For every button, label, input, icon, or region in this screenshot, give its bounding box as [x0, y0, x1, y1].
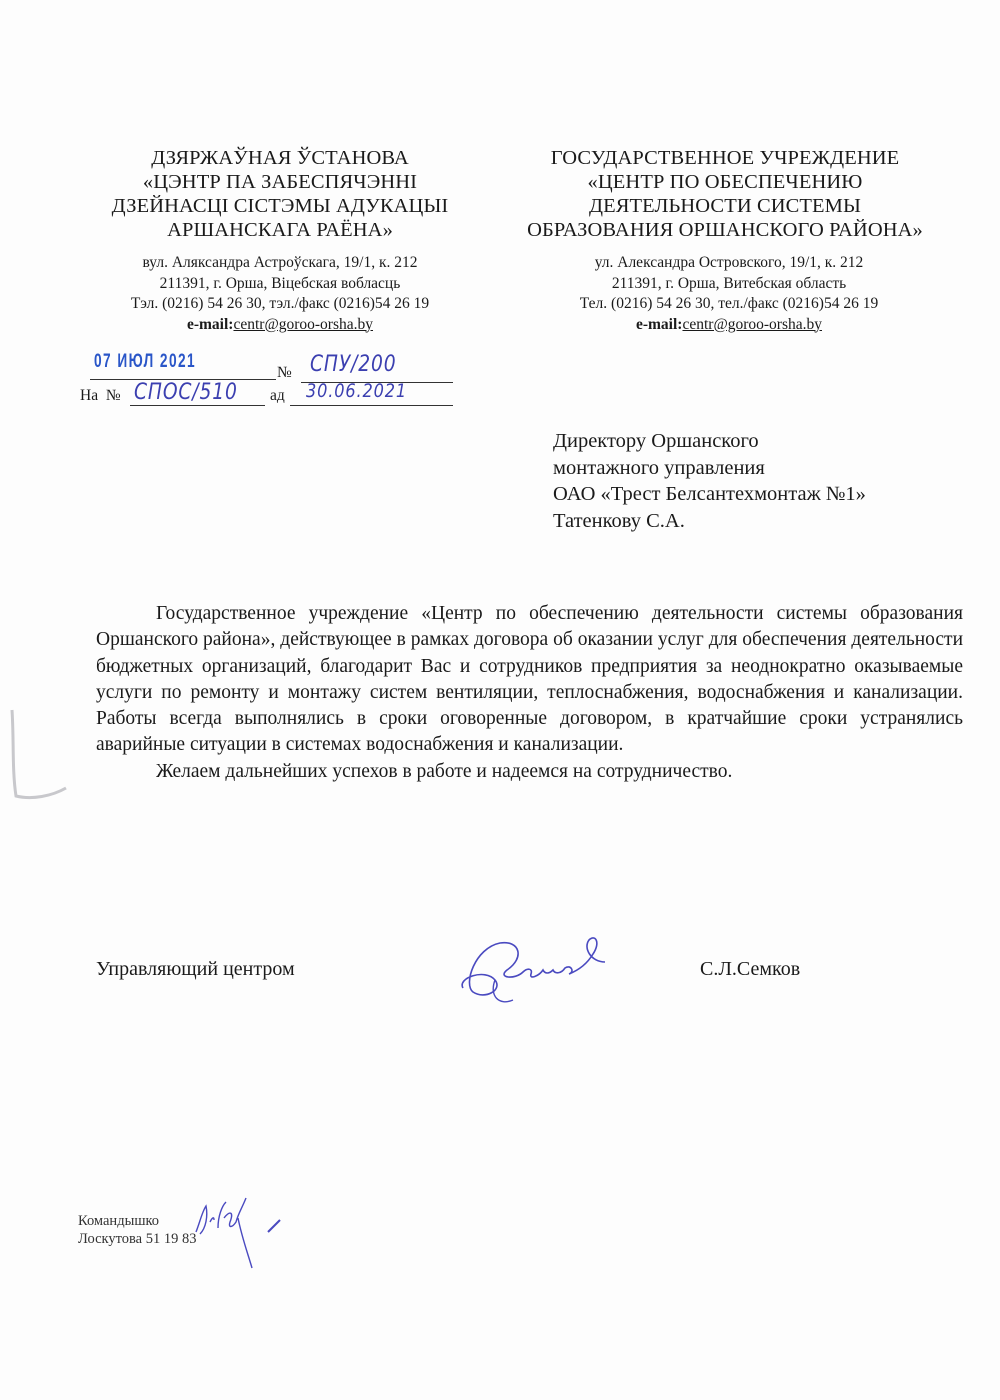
- margin-bracket-mark-icon: [2, 700, 72, 810]
- header-left-belarusian: ДЗЯРЖАЎНАЯ ЎСТАНОВА «ЦЭНТР ПА ЗАБЕСПЯЧЭН…: [80, 146, 480, 335]
- email-line-by: e-mail:centr@goroo-orsha.by: [80, 315, 480, 336]
- from-date-label: ад: [270, 387, 285, 405]
- org-address-ru: ул. Александра Островского, 19/1, к. 212…: [495, 253, 955, 335]
- handwritten-signature-icon: [455, 928, 615, 1008]
- body-paragraph: Желаем дальнейших успехов в работе и над…: [96, 759, 963, 785]
- outgoing-number-value: СПУ/200: [310, 352, 396, 377]
- date-stamp: 07 ИЮЛ 2021: [94, 351, 196, 373]
- from-date-underline: [290, 405, 453, 406]
- reply-to-label: На №: [80, 387, 121, 405]
- email-line-ru: e-mail:centr@goroo-orsha.by: [503, 315, 955, 336]
- letter-body: Государственное учреждение «Центр по обе…: [96, 601, 963, 785]
- from-date-value: 30.06.2021: [306, 380, 407, 402]
- signatory-name: С.Л.Семков: [700, 958, 800, 981]
- executor-note: Командышко Лоскутова 51 19 83: [78, 1212, 196, 1248]
- body-paragraph: Государственное учреждение «Центр по обе…: [96, 601, 963, 759]
- signatory-position: Управляющий центром: [96, 958, 295, 981]
- email-link-ru[interactable]: centr@goroo-orsha.by: [682, 316, 822, 333]
- outgoing-number-label: №: [277, 364, 292, 382]
- org-address-by: вул. Аляксандра Астроўскага, 19/1, к. 21…: [80, 253, 480, 335]
- email-link-by[interactable]: centr@goroo-orsha.by: [233, 316, 373, 333]
- addressee-block: Директору Оршанского монтажного управлен…: [553, 428, 866, 534]
- initials-signature-icon: [188, 1192, 288, 1272]
- org-title-ru: ГОСУДАРСТВЕННОЕ УЧРЕЖДЕНИЕ «ЦЕНТР ПО ОБЕ…: [495, 146, 955, 242]
- reply-to-underline: [130, 405, 265, 406]
- reply-to-value: СПОС/510: [134, 380, 238, 405]
- header-right-russian: ГОСУДАРСТВЕННОЕ УЧРЕЖДЕНИЕ «ЦЕНТР ПО ОБЕ…: [495, 146, 955, 335]
- org-title-by: ДЗЯРЖАЎНАЯ ЎСТАНОВА «ЦЭНТР ПА ЗАБЕСПЯЧЭН…: [80, 146, 480, 242]
